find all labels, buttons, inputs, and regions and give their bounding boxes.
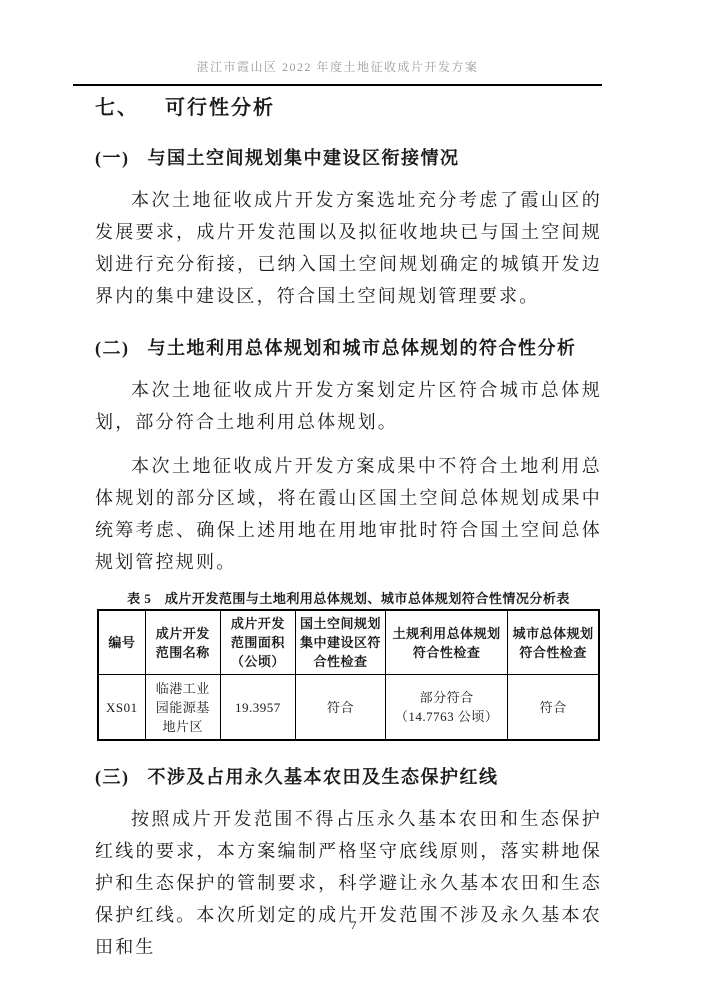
table-header-cell: 城市总体规划符合性检查 [508,610,599,675]
chapter-title: 可行性分析 [165,97,275,119]
table-header-cell: 国土空间规划集中建设区符合性检查 [295,610,385,675]
section-title: 不涉及占用永久基本农田及生态保护红线 [148,767,499,787]
section-heading-2: (二)与土地利用总体规划和城市总体规划的符合性分析 [95,334,602,362]
section-heading-1: (一)与国土空间规划集中建设区衔接情况 [95,144,602,172]
section-number: (二) [95,338,130,358]
paragraph: 按照成片开发范围不得占压永久基本农田和生态保护红线的要求，本方案编制严格坚守底线… [95,803,602,963]
chapter-heading: 七、可行性分析 [95,94,602,122]
section-title: 与土地利用总体规划和城市总体规划的符合性分析 [148,338,577,358]
page-number: 7 [0,918,707,933]
table-cell-spatial-plan-check: 符合 [295,675,385,741]
paragraph: 本次土地征收成片开发方案划定片区符合城市总体规划，部分符合土地利用总体规划。 [95,374,602,438]
section-title: 与国土空间规划集中建设区衔接情况 [148,148,460,168]
chapter-number: 七、 [95,97,139,119]
page-content: 七、可行性分析 (一)与国土空间规划集中建设区衔接情况 本次土地征收成片开发方案… [95,94,602,963]
table-header-cell: 成片开发范围面积（公顷） [220,610,295,675]
table-header-row: 编号 成片开发范围名称 成片开发范围面积（公顷） 国土空间规划集中建设区符合性检… [98,610,599,675]
table-cell-city-plan-check: 符合 [508,675,599,741]
section-number: (一) [95,148,130,168]
section-heading-3: (三)不涉及占用永久基本农田及生态保护红线 [95,763,602,791]
paragraph: 本次土地征收成片开发方案选址充分考虑了霞山区的发展要求，成片开发范围以及拟征收地… [95,184,602,312]
table-cell-land-use-plan-check: 部分符合 （14.7763 公顷） [386,675,508,741]
table-header-cell: 编号 [98,610,145,675]
compliance-analysis-table: 编号 成片开发范围名称 成片开发范围面积（公顷） 国土空间规划集中建设区符合性检… [97,609,600,741]
document-page: 湛江市霞山区 2022 年度土地征收成片开发方案 七、可行性分析 (一)与国土空… [0,0,707,999]
table-cell-id: XS01 [98,675,145,741]
section-number: (三) [95,767,130,787]
document-header-title: 湛江市霞山区 2022 年度土地征收成片开发方案 [73,58,602,75]
table-caption: 表 5 成片开发范围与土地利用总体规划、城市总体规划符合性情况分析表 [95,588,602,607]
table-cell-name: 临港工业园能源基地片区 [145,675,220,741]
table-header-cell: 成片开发范围名称 [145,610,220,675]
table-cell-area: 19.3957 [220,675,295,741]
header-divider-line [73,84,602,86]
table-header-cell: 土规利用总体规划符合性检查 [386,610,508,675]
paragraph: 本次土地征收成片开发方案成果中不符合土地利用总体规划的部分区域，将在霞山区国土空… [95,450,602,578]
table-row: XS01 临港工业园能源基地片区 19.3957 符合 部分符合 （14.776… [98,675,599,741]
